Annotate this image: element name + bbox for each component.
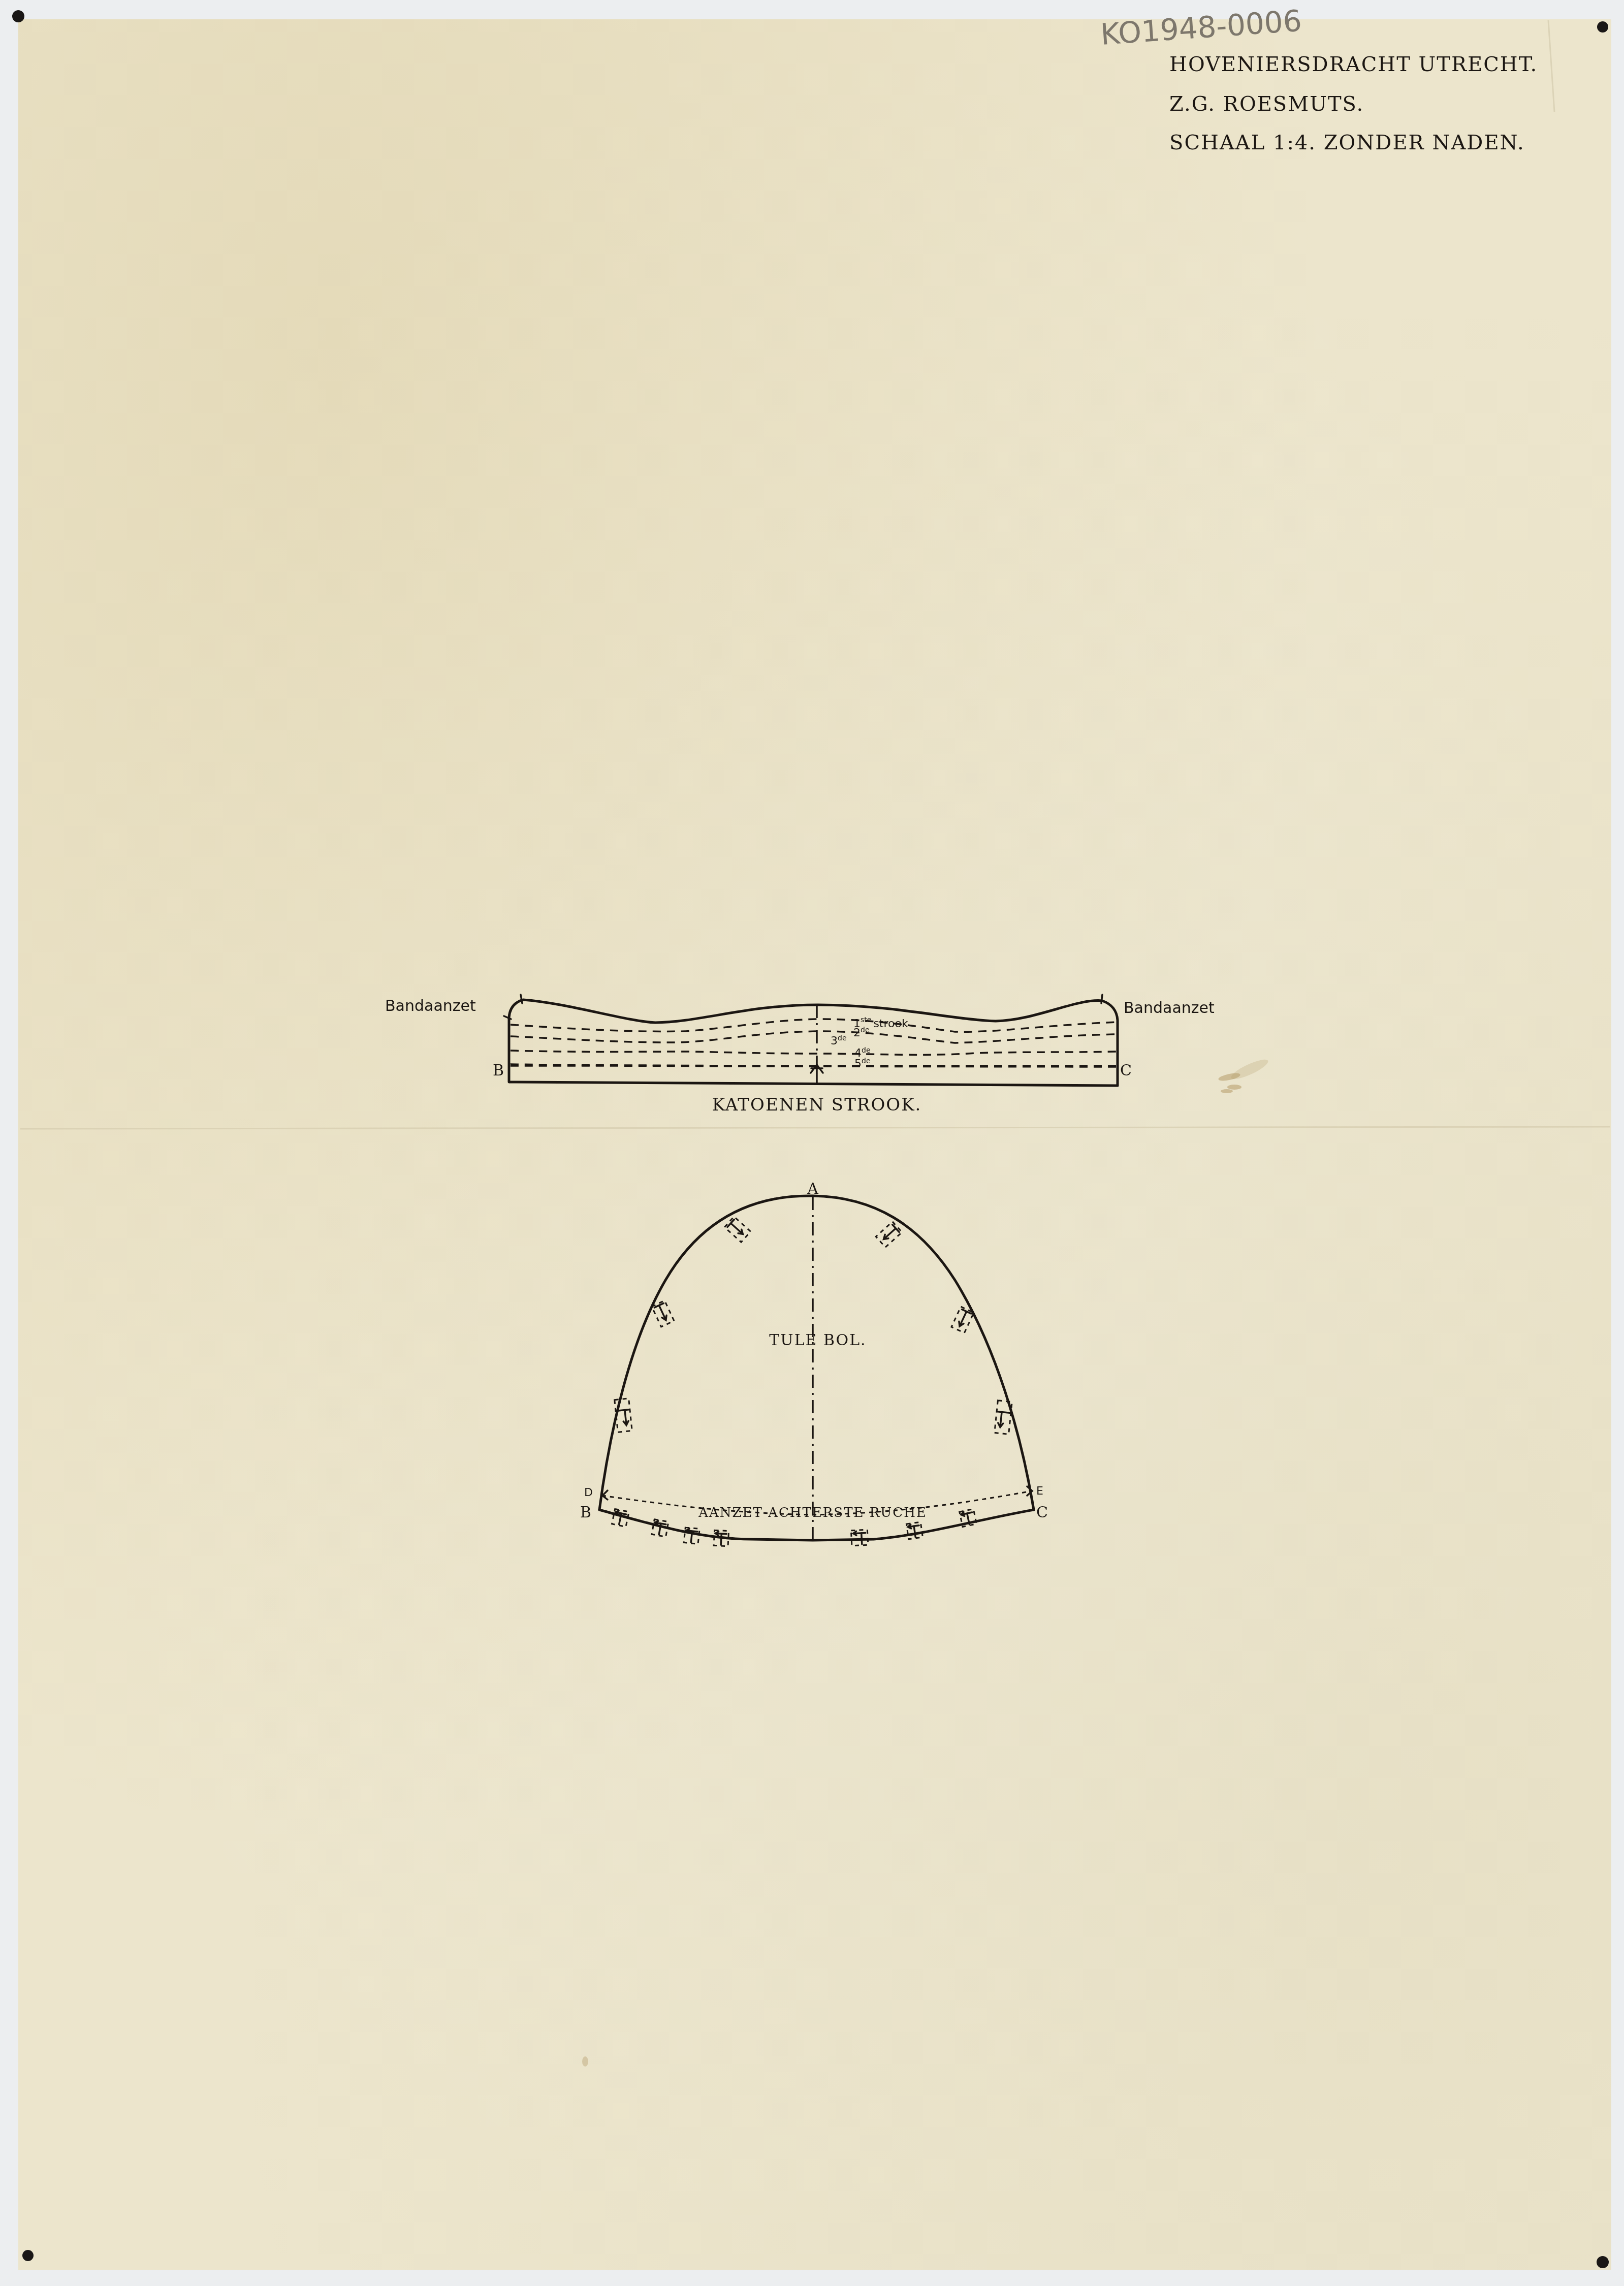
pattern-drawing: KO1948-0006 HOVENIERSDRACHT UTRECHT. Z.G…	[0, 0, 1624, 2286]
fold-line	[20, 1127, 1610, 1129]
svg-text:5de: 5de	[854, 1057, 871, 1070]
strook-line-3	[511, 1051, 1117, 1055]
corner-hole-bottom-right	[1597, 2256, 1609, 2268]
bandaanzet-label-right: Bandaanzet	[1124, 999, 1215, 1017]
crease-line	[1548, 20, 1554, 112]
strook-line-5	[511, 1066, 1117, 1067]
strip-pattern: 1stestrook 2de 3de 4de 5de Bandaanzet Ba…	[385, 995, 1215, 1115]
inventory-number: KO1948-0006	[1099, 3, 1302, 52]
point-c-strip: C	[1120, 1062, 1132, 1079]
title-line-2: Z.G. ROESMUTS.	[1169, 92, 1364, 116]
point-e: E	[1036, 1485, 1043, 1498]
point-c: C	[1036, 1504, 1048, 1521]
strip-outline	[509, 1000, 1118, 1086]
strip-caption: KATOENEN STROOK.	[712, 1095, 922, 1115]
ruche-label: AANZET ACHTERSTE RUCHE	[698, 1505, 927, 1520]
bandaanzet-label-left: Bandaanzet	[385, 997, 476, 1015]
point-b: B	[580, 1504, 591, 1521]
strook-line-2	[511, 1031, 1117, 1043]
arrow-left-icon	[602, 1490, 608, 1500]
crown-outline	[599, 1196, 1034, 1510]
svg-text:2de: 2de	[853, 1026, 870, 1039]
crown-pattern: A B C D E TULE BOL. AANZET ACHTERSTE RUC…	[580, 1180, 1048, 1546]
svg-text:3de: 3de	[831, 1034, 847, 1047]
corner-hole-bottom-left	[22, 2250, 34, 2261]
point-a: A	[807, 1180, 818, 1198]
corner-hole-top-right	[1597, 21, 1608, 33]
crown-caption: TULE BOL.	[769, 1331, 866, 1349]
point-b-strip: B	[493, 1062, 504, 1079]
title-block: HOVENIERSDRACHT UTRECHT. Z.G. ROESMUTS. …	[1169, 53, 1538, 154]
strook-line-1	[511, 1019, 1117, 1032]
strook-labels: 1stestrook 2de 3de 4de 5de	[831, 1016, 908, 1070]
point-d: D	[584, 1486, 593, 1499]
corner-hole-top-left	[12, 10, 24, 22]
title-line-1: HOVENIERSDRACHT UTRECHT.	[1169, 53, 1538, 76]
stain-marks	[582, 1056, 1270, 2067]
title-line-3: SCHAAL 1:4. ZONDER NADEN.	[1169, 131, 1525, 154]
